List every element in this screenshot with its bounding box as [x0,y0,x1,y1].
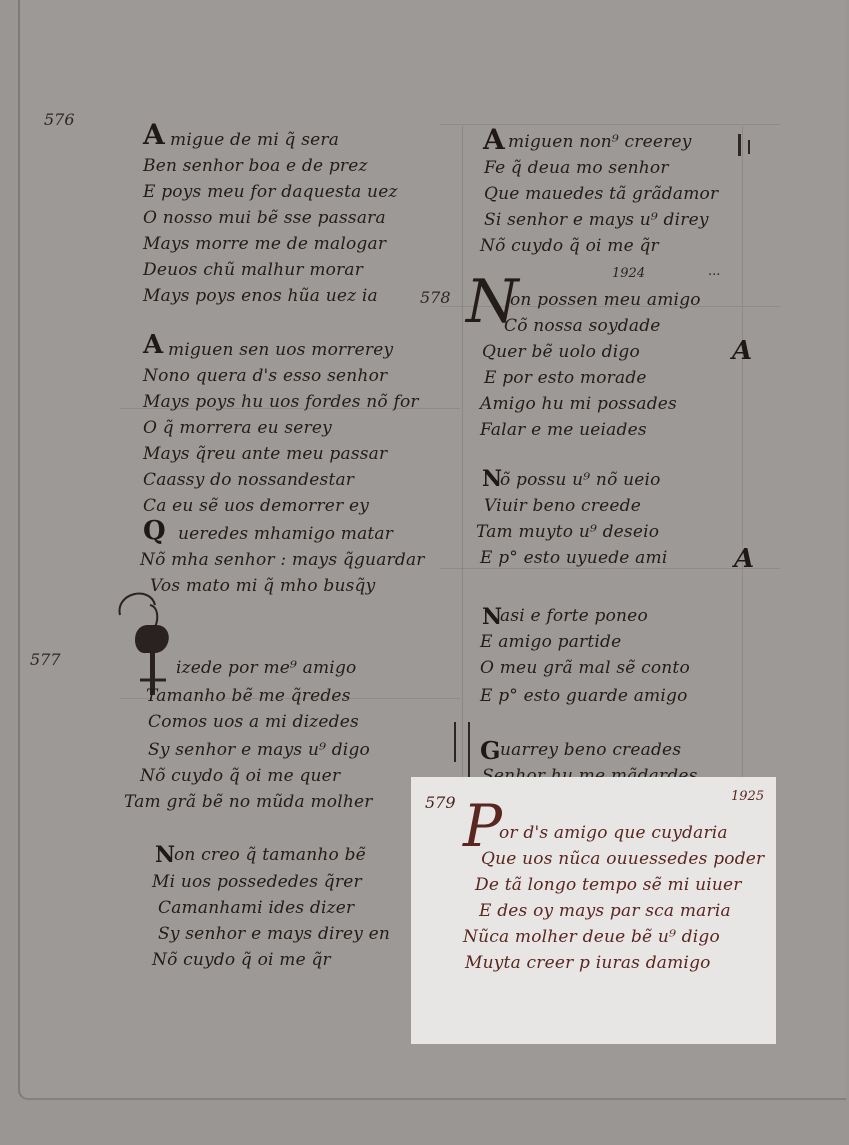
verse-line: Sy senhor e mays direy en [158,924,390,944]
verse-line: Vos mato mi q̃ mho busq̃y [150,576,375,596]
verse-line: izede por me⁹ amigo [176,658,356,678]
drop-initial: A [143,330,163,360]
verse-line: õ possu u⁹ nõ ueio [500,470,661,490]
verse-line: E por esto morade [484,368,647,388]
verse-line: Mays morre me de malogar [143,234,386,254]
margin-letter: A [734,544,754,574]
folio-marking: 1925 [731,789,764,804]
drop-initial: G [480,736,501,765]
verse-line: Sy senhor e mays u⁹ digo [148,740,370,760]
poem-number: 579 [425,793,456,812]
verse-line: Tam muyto u⁹ deseio [476,522,659,542]
drop-initial: A [143,118,165,151]
verse-line: miguen sen uos morrerey [168,340,393,360]
verse-line: on possen meu amigo [510,290,701,310]
verse-line: Deuos chũ malhur morar [143,260,363,280]
verse-line: Cõ nossa soydade [504,316,661,336]
verse-line: E des oy mays par sca maria [479,901,731,921]
verse-line: Caassy do nossandestar [143,470,354,490]
verse-line: O meu grã mal sẽ conto [480,658,690,678]
verse-line: Mi uos possededes q̃rer [152,872,362,892]
verse-line: E amigo partide [480,632,621,652]
margin-stroke [748,140,750,154]
verse-line: Camanhami ides dizer [158,898,354,918]
verse-line: E p° esto uyuede ami [480,548,667,568]
verse-line: Tamanho bẽ me q̃redes [146,686,351,706]
verse-line: on creo q̃ tamanho bẽ [174,845,366,865]
verse-line: O nosso mui bẽ sse passara [143,208,386,228]
verse-line: ueredes mhamigo matar [178,524,393,544]
verse-line: uarrey beno creades [500,740,681,760]
verse-line: Nono quera d's esso senhor [143,366,387,386]
verse-line: Mays q̃reu ante meu passar [143,444,387,464]
verse-line: Tam grã bẽ no mũda molher [124,792,373,812]
column-rule [742,126,743,886]
folio-marking: 1924 [612,266,645,281]
highlighted-region: 579 1925 P or d's amigo que cuydaria Que… [411,777,776,1044]
verse-line: Falar e me ueiades [480,420,647,440]
verse-line: Comos uos a mi dizedes [148,712,359,732]
drop-initial: N [155,842,175,868]
verse-line: Ben senhor boa e de prez [143,156,368,176]
margin-note: ... [708,264,720,279]
verse-line: Quer bẽ uolo digo [482,342,640,362]
verse-line: Mays poys hu uos fordes nõ for [143,392,419,412]
poem-number: 578 [420,288,451,307]
verse-line: De tã longo tempo sẽ mi uiuer [475,875,742,895]
margin-bracket [468,722,470,782]
decorated-initial: P [463,797,502,855]
verse-line: O q̃ morrera eu serey [143,418,332,438]
verse-line: asi e forte poneo [500,606,648,626]
verse-line: E p° esto guarde amigo [480,686,688,706]
poem-number: 577 [30,650,61,669]
decorated-initial-d-icon [110,585,180,700]
drop-initial: Q [143,516,166,546]
margin-stroke [738,134,741,156]
verse-line: Ca eu sẽ uos demorrer ey [143,496,369,516]
verse-line: Nõ mha senhor : mays q̃guardar [140,550,425,570]
verse-line: Que uos nũca ouuessedes poder [481,849,764,869]
verse-line: Mays poys enos hũa uez ia [143,286,378,306]
verse-line: Nõ cuydo q̃ oi me quer [140,766,340,786]
verse-line: Si senhor e mays u⁹ direy [484,210,709,230]
verse-line: Que mauedes tã grãdamor [484,184,718,204]
drop-initial: A [483,123,505,156]
verse-line: Nũca molher deue bẽ u⁹ digo [463,927,720,947]
verse-line: Amigo hu mi possades [480,394,677,414]
ruling-line [440,568,780,569]
margin-letter: A [732,336,752,366]
verse-line: Fe q̃ deua mo senhor [484,158,669,178]
verse-line: migue de mi q̃ sera [170,130,339,150]
verse-line: E poys meu for daquesta uez [143,182,398,202]
verse-line: Muyta creer p iuras damigo [465,953,711,973]
column-rule [462,126,463,886]
verse-line: Viuir beno creede [484,496,641,516]
verse-line: Nõ cuydo q̃ oi me q̃r [152,950,331,970]
verse-line: Nõ cuydo q̃ oi me q̃r [480,236,659,256]
poem-number: 576 [44,110,75,129]
verse-line: or d's amigo que cuydaria [499,823,728,843]
verse-line: miguen non⁹ creerey [508,132,692,152]
margin-bracket [454,722,456,762]
